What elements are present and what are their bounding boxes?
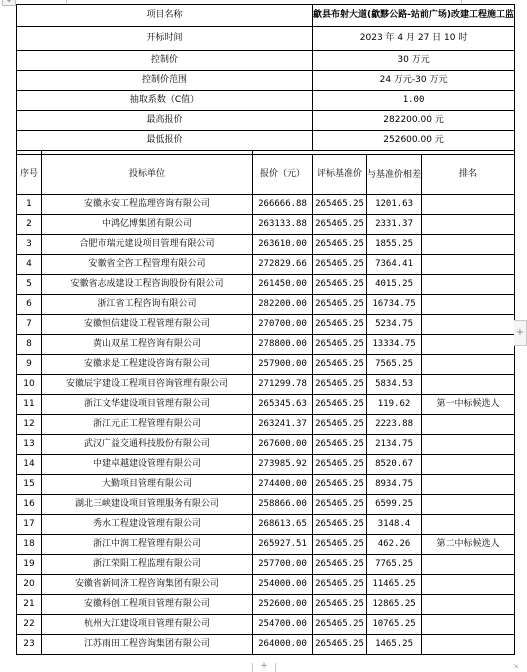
- info-row-control-range: 控制价范围 24 万元-30 万元: [17, 71, 515, 91]
- table-row: 14中建卓越建设管理有限公司273985.92265465.258520.67: [17, 455, 515, 475]
- row-diff[interactable]: 13334.75: [367, 335, 422, 355]
- table-row: 20安徽省新同济工程咨询集团有限公司254000.00265465.251146…: [17, 575, 515, 595]
- row-diff[interactable]: 119.62: [367, 395, 422, 415]
- row-rank[interactable]: [422, 375, 515, 395]
- row-seq[interactable]: 2: [17, 215, 42, 235]
- col-header-seq[interactable]: 序号: [17, 155, 42, 195]
- row-price[interactable]: 257900.00: [253, 355, 313, 375]
- row-base[interactable]: 265465.25: [313, 315, 367, 335]
- row-bidder[interactable]: 江苏雨田工程咨询集团有限公司: [42, 635, 253, 655]
- info-row-control-price: 控制价 30 万元: [17, 51, 515, 71]
- row-seq[interactable]: 1: [17, 195, 42, 215]
- row-rank[interactable]: [422, 255, 515, 275]
- highest-bid-value[interactable]: 282200.00 元: [313, 111, 515, 131]
- lowest-bid-value[interactable]: 252600.00 元: [313, 131, 515, 151]
- table-row: 19浙江荣阳工程监理有限公司257700.00265465.257765.25: [17, 555, 515, 575]
- row-price[interactable]: 254000.00: [253, 575, 313, 595]
- project-info-section: 项目名称 歙县布射大道(歙黟公路-站前广场)改建工程施工监理 开标时间 2023…: [17, 5, 515, 195]
- row-bidder[interactable]: 大勤项目管理有限公司: [42, 475, 253, 495]
- row-base[interactable]: 265465.25: [313, 575, 367, 595]
- row-bidder[interactable]: 合肥市瑞元建设项目管理有限公司: [42, 235, 253, 255]
- row-bidder[interactable]: 武汉广益交通科技股份有限公司: [42, 435, 253, 455]
- row-diff[interactable]: 2223.88: [367, 415, 422, 435]
- table-row: 10安徽辰宇建设工程项目咨询管理有限公司271299.78265465.2558…: [17, 375, 515, 395]
- row-bidder[interactable]: 中鸿亿博集团有限公司: [42, 215, 253, 235]
- table-row: 3合肥市瑞元建设项目管理有限公司263610.00265465.251855.2…: [17, 235, 515, 255]
- info-row-coefficient: 抽取系数（C值） 1.00: [17, 91, 515, 111]
- row-base[interactable]: 265465.25: [313, 395, 367, 415]
- row-seq[interactable]: 20: [17, 575, 42, 595]
- row-diff[interactable]: 2331.37: [367, 215, 422, 235]
- row-diff[interactable]: 462.26: [367, 535, 422, 555]
- row-bidder[interactable]: 安徽求是工程建设咨询有限公司: [42, 355, 253, 375]
- row-diff[interactable]: 5834.53: [367, 375, 422, 395]
- table-row: 11浙江文华建设项目管理有限公司265345.63265465.25119.62…: [17, 395, 515, 415]
- row-bidder[interactable]: 安徽辰宇建设工程项目咨询管理有限公司: [42, 375, 253, 395]
- row-base[interactable]: 265465.25: [313, 555, 367, 575]
- row-base[interactable]: 265465.25: [313, 355, 367, 375]
- table-row: 23江苏雨田工程咨询集团有限公司264000.00265465.251465.2…: [17, 635, 515, 655]
- row-price[interactable]: 252600.00: [253, 595, 313, 615]
- row-bidder[interactable]: 安徽科创工程项目管理有限公司: [42, 595, 253, 615]
- row-diff[interactable]: 10765.25: [367, 615, 422, 635]
- row-seq[interactable]: 6: [17, 295, 42, 315]
- table-resize-handle-icon[interactable]: ⇲: [513, 664, 519, 670]
- row-bidder[interactable]: 浙江省工程咨询有限公司: [42, 295, 253, 315]
- info-row-opening-time: 开标时间 2023 年 4 月 27 日 10 时: [17, 27, 515, 51]
- row-price[interactable]: 273985.92: [253, 455, 313, 475]
- row-price[interactable]: 261450.00: [253, 275, 313, 295]
- row-seq[interactable]: 10: [17, 375, 42, 395]
- row-rank[interactable]: [422, 455, 515, 475]
- row-base[interactable]: 265465.25: [313, 275, 367, 295]
- table-row: 17秀水工程建设管理有限公司268613.65265465.253148.4: [17, 515, 515, 535]
- row-bidder[interactable]: 浙江文华建设项目管理有限公司: [42, 395, 253, 415]
- row-seq[interactable]: 22: [17, 615, 42, 635]
- row-price[interactable]: 268613.65: [253, 515, 313, 535]
- row-price[interactable]: 257700.00: [253, 555, 313, 575]
- row-price[interactable]: 263133.88: [253, 215, 313, 235]
- coefficient-value[interactable]: 1.00: [313, 91, 515, 111]
- table-row: 2中鸿亿博集团有限公司263133.88265465.252331.37: [17, 215, 515, 235]
- row-bidder[interactable]: 安徽省全咨工程管理有限公司: [42, 255, 253, 275]
- row-rank[interactable]: [422, 555, 515, 575]
- row-rank[interactable]: [422, 275, 515, 295]
- row-price[interactable]: 265345.63: [253, 395, 313, 415]
- row-seq[interactable]: 9: [17, 355, 42, 375]
- row-price[interactable]: 274400.00: [253, 475, 313, 495]
- row-seq[interactable]: 21: [17, 595, 42, 615]
- row-base[interactable]: 265465.25: [313, 475, 367, 495]
- row-rank[interactable]: [422, 415, 515, 435]
- row-seq[interactable]: 18: [17, 535, 42, 555]
- row-base[interactable]: 265465.25: [313, 615, 367, 635]
- row-price[interactable]: 254700.00: [253, 615, 313, 635]
- row-diff[interactable]: 2134.75: [367, 435, 422, 455]
- info-row-highest-bid: 最高报价 282200.00 元: [17, 111, 515, 131]
- row-rank[interactable]: [422, 475, 515, 495]
- row-rank[interactable]: [422, 295, 515, 315]
- row-bidder[interactable]: 秀水工程建设管理有限公司: [42, 515, 253, 535]
- info-label[interactable]: 最高报价: [17, 111, 313, 131]
- table-row: 21安徽科创工程项目管理有限公司252600.00265465.2512865.…: [17, 595, 515, 615]
- col-header-rank[interactable]: 排名: [422, 155, 515, 195]
- row-base[interactable]: 265465.25: [313, 515, 367, 535]
- row-seq[interactable]: 4: [17, 255, 42, 275]
- row-price[interactable]: 258866.00: [253, 495, 313, 515]
- row-diff[interactable]: 1855.25: [367, 235, 422, 255]
- row-seq[interactable]: 8: [17, 335, 42, 355]
- table-row: 22杭州大江建设项目管理有限公司254700.00265465.2510765.…: [17, 615, 515, 635]
- row-bidder[interactable]: 安徽省志成建设工程咨询股份有限公司: [42, 275, 253, 295]
- row-base[interactable]: 265465.25: [313, 295, 367, 315]
- info-label[interactable]: 控制价: [17, 51, 313, 71]
- row-rank[interactable]: [422, 235, 515, 255]
- table-row: 8黄山双星工程咨询有限公司278800.00265465.2513334.75: [17, 335, 515, 355]
- row-bidder[interactable]: 杭州大江建设项目管理有限公司: [42, 615, 253, 635]
- row-seq[interactable]: 7: [17, 315, 42, 335]
- row-rank[interactable]: [422, 595, 515, 615]
- table-row: 9安徽求是工程建设咨询有限公司257900.00265465.257565.25: [17, 355, 515, 375]
- row-rank[interactable]: [422, 355, 515, 375]
- row-base[interactable]: 265465.25: [313, 415, 367, 435]
- row-diff[interactable]: 8520.67: [367, 455, 422, 475]
- table-move-handle-icon[interactable]: ✥: [2, 0, 16, 6]
- table-row: 1安徽永安工程监理咨询有限公司266666.88265465.251201.63: [17, 195, 515, 215]
- row-price[interactable]: 264000.00: [253, 635, 313, 655]
- row-diff[interactable]: 4015.25: [367, 275, 422, 295]
- control-price-value[interactable]: 30 万元: [313, 51, 515, 71]
- info-row-project-name: 项目名称 歙县布射大道(歙黟公路-站前广场)改建工程施工监理: [17, 5, 515, 27]
- row-diff[interactable]: 3148.4: [367, 515, 422, 535]
- row-seq[interactable]: 19: [17, 555, 42, 575]
- row-bidder[interactable]: 湖北三峡建设项目管理服务有限公司: [42, 495, 253, 515]
- info-row-lowest-bid: 最低报价 252600.00 元: [17, 131, 515, 151]
- row-rank[interactable]: [422, 335, 515, 355]
- row-rank[interactable]: [422, 515, 515, 535]
- add-row-button[interactable]: +: [252, 663, 276, 672]
- bid-results-table: 项目名称 歙县布射大道(歙黟公路-站前广场)改建工程施工监理 开标时间 2023…: [16, 4, 515, 655]
- control-range-value[interactable]: 24 万元-30 万元: [313, 71, 515, 91]
- table-row: 15大勤项目管理有限公司274400.00265465.258934.75: [17, 475, 515, 495]
- row-seq[interactable]: 5: [17, 275, 42, 295]
- row-rank[interactable]: 第二中标候选人: [422, 535, 515, 555]
- row-price[interactable]: 263610.00: [253, 235, 313, 255]
- table-row: 13武汉广益交通科技股份有限公司267600.00265465.252134.7…: [17, 435, 515, 455]
- row-rank[interactable]: [422, 495, 515, 515]
- row-base[interactable]: 265465.25: [313, 215, 367, 235]
- row-seq[interactable]: 12: [17, 415, 42, 435]
- row-base[interactable]: 265465.25: [313, 635, 367, 655]
- row-seq[interactable]: 15: [17, 475, 42, 495]
- bidder-rows: 1安徽永安工程监理咨询有限公司266666.88265465.251201.63…: [17, 195, 515, 655]
- row-bidder[interactable]: 中建卓越建设管理有限公司: [42, 455, 253, 475]
- info-label[interactable]: 最低报价: [17, 131, 313, 151]
- col-header-price[interactable]: 报价（元）: [253, 155, 313, 195]
- row-rank[interactable]: [422, 615, 515, 635]
- info-label[interactable]: 开标时间: [17, 27, 313, 51]
- row-base[interactable]: 265465.25: [313, 535, 367, 555]
- row-price[interactable]: 265927.51: [253, 535, 313, 555]
- table-row: 6浙江省工程咨询有限公司282200.00265465.2516734.75: [17, 295, 515, 315]
- project-name-value[interactable]: 歙县布射大道(歙黟公路-站前广场)改建工程施工监理: [313, 5, 515, 27]
- row-rank[interactable]: [422, 635, 515, 655]
- col-header-base[interactable]: 评标基准价: [313, 155, 367, 195]
- add-column-button[interactable]: +: [514, 320, 527, 346]
- row-diff[interactable]: 16734.75: [367, 295, 422, 315]
- row-base[interactable]: 265465.25: [313, 495, 367, 515]
- table-row: 7安徽恒信建设工程管理有限公司270700.00265465.255234.75: [17, 315, 515, 335]
- row-bidder[interactable]: 浙江元正工程管理有限公司: [42, 415, 253, 435]
- row-price[interactable]: 266666.88: [253, 195, 313, 215]
- row-bidder[interactable]: 浙江荣阳工程监理有限公司: [42, 555, 253, 575]
- row-price[interactable]: 282200.00: [253, 295, 313, 315]
- info-label[interactable]: 抽取系数（C值）: [17, 91, 313, 111]
- table-row: 18浙江中润工程管理有限公司265927.51265465.25462.26第二…: [17, 535, 515, 555]
- col-header-bidder[interactable]: 投标单位: [42, 155, 253, 195]
- row-price[interactable]: 278800.00: [253, 335, 313, 355]
- row-price[interactable]: 270700.00: [253, 315, 313, 335]
- row-rank[interactable]: [422, 575, 515, 595]
- row-base[interactable]: 265465.25: [313, 195, 367, 215]
- row-bidder[interactable]: 安徽永安工程监理咨询有限公司: [42, 195, 253, 215]
- row-diff[interactable]: 12865.25: [367, 595, 422, 615]
- row-seq[interactable]: 23: [17, 635, 42, 655]
- table-row: 12浙江元正工程管理有限公司263241.37265465.252223.88: [17, 415, 515, 435]
- row-diff[interactable]: 5234.75: [367, 315, 422, 335]
- row-seq[interactable]: 3: [17, 235, 42, 255]
- row-rank[interactable]: [422, 435, 515, 455]
- row-diff[interactable]: 1465.25: [367, 635, 422, 655]
- row-bidder[interactable]: 浙江中润工程管理有限公司: [42, 535, 253, 555]
- row-price[interactable]: 272829.66: [253, 255, 313, 275]
- row-diff[interactable]: 8934.75: [367, 475, 422, 495]
- row-diff[interactable]: 1201.63: [367, 195, 422, 215]
- info-label[interactable]: 项目名称: [17, 5, 313, 27]
- row-bidder[interactable]: 安徽省新同济工程咨询集团有限公司: [42, 575, 253, 595]
- row-seq[interactable]: 14: [17, 455, 42, 475]
- row-diff[interactable]: 11465.25: [367, 575, 422, 595]
- row-price[interactable]: 271299.78: [253, 375, 313, 395]
- row-base[interactable]: 265465.25: [313, 255, 367, 275]
- row-rank[interactable]: [422, 215, 515, 235]
- row-seq[interactable]: 11: [17, 395, 42, 415]
- row-rank[interactable]: 第一中标候选人: [422, 395, 515, 415]
- row-base[interactable]: 265465.25: [313, 375, 367, 395]
- row-diff[interactable]: 6599.25: [367, 495, 422, 515]
- row-base[interactable]: 265465.25: [313, 235, 367, 255]
- row-bidder[interactable]: 安徽恒信建设工程管理有限公司: [42, 315, 253, 335]
- table-row: 16湖北三峡建设项目管理服务有限公司258866.00265465.256599…: [17, 495, 515, 515]
- row-base[interactable]: 265465.25: [313, 455, 367, 475]
- info-label[interactable]: 控制价范围: [17, 71, 313, 91]
- row-price[interactable]: 263241.37: [253, 415, 313, 435]
- row-diff[interactable]: 7765.25: [367, 555, 422, 575]
- row-price[interactable]: 267600.00: [253, 435, 313, 455]
- column-header-row: 序号 投标单位 报价（元） 评标基准价 与基准价相差 排名: [17, 155, 515, 195]
- table-row: 5安徽省志成建设工程咨询股份有限公司261450.00265465.254015…: [17, 275, 515, 295]
- col-header-diff[interactable]: 与基准价相差: [367, 155, 422, 195]
- row-seq[interactable]: 13: [17, 435, 42, 455]
- row-seq[interactable]: 17: [17, 515, 42, 535]
- row-base[interactable]: 265465.25: [313, 595, 367, 615]
- row-seq[interactable]: 16: [17, 495, 42, 515]
- opening-time-value[interactable]: 2023 年 4 月 27 日 10 时: [313, 27, 515, 51]
- row-diff[interactable]: 7364.41: [367, 255, 422, 275]
- row-bidder[interactable]: 黄山双星工程咨询有限公司: [42, 335, 253, 355]
- row-diff[interactable]: 7565.25: [367, 355, 422, 375]
- table-row: 4安徽省全咨工程管理有限公司272829.66265465.257364.41: [17, 255, 515, 275]
- row-rank[interactable]: [422, 195, 515, 215]
- row-base[interactable]: 265465.25: [313, 335, 367, 355]
- row-rank[interactable]: [422, 315, 515, 335]
- row-base[interactable]: 265465.25: [313, 435, 367, 455]
